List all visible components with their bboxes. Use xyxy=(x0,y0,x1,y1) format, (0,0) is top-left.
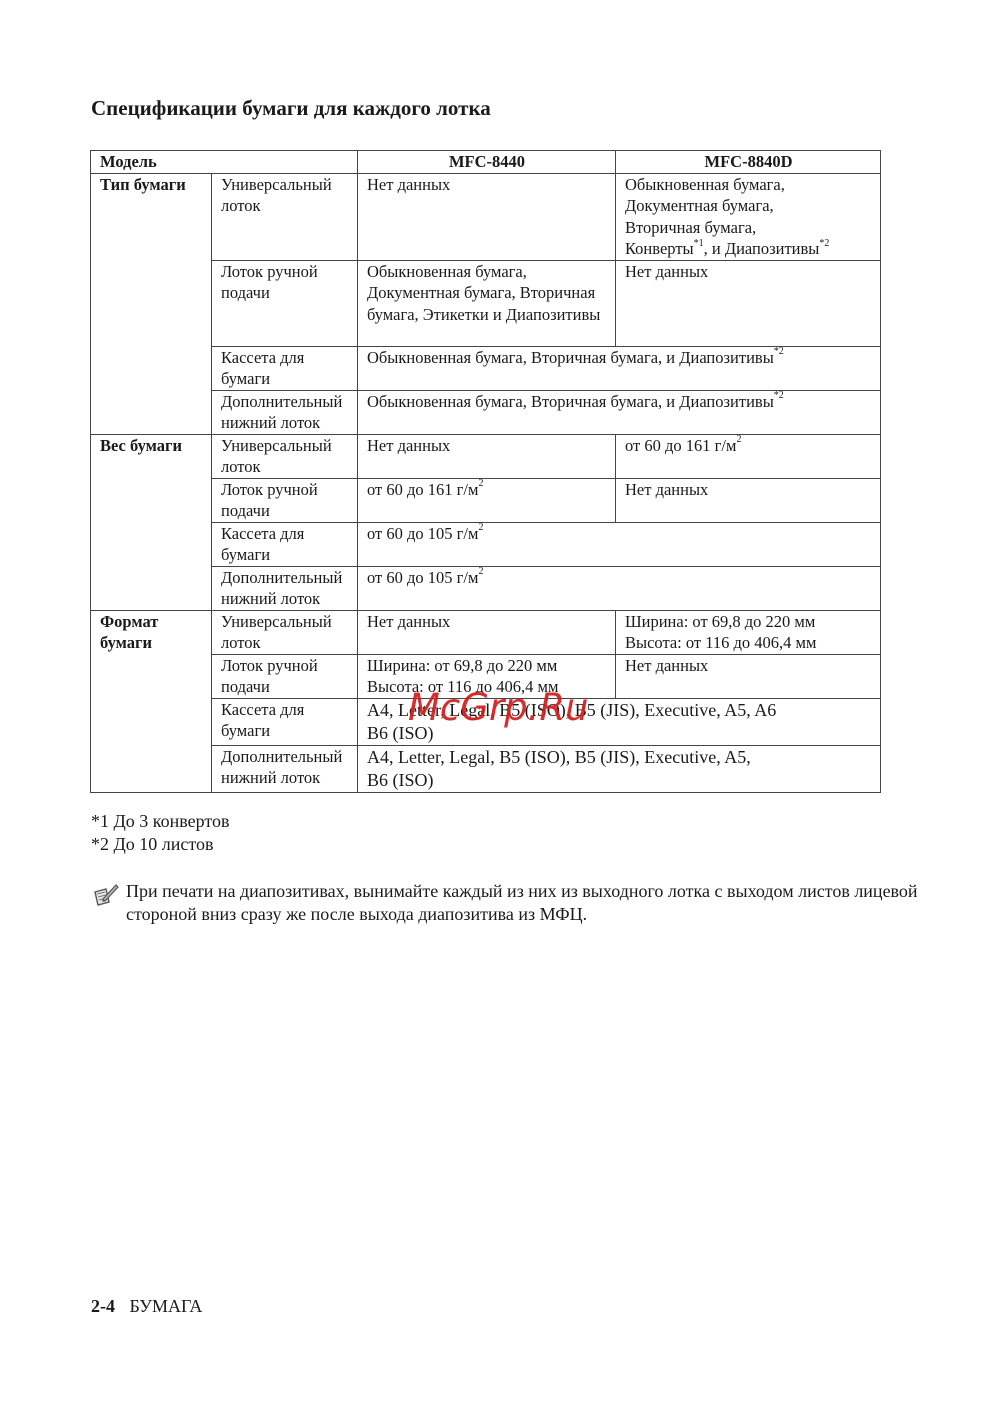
group-label-paper-weight: Вес бумаги xyxy=(91,434,212,610)
tray-label: Универсальный лоток xyxy=(212,173,358,260)
cell-mfc-8840d: Ширина: от 69,8 до 220 мм Высота: от 116… xyxy=(616,610,881,654)
table-row: Тип бумаги Универсальный лоток Нет данны… xyxy=(91,173,881,260)
cell-both-models: A4, Letter, Legal, B5 (ISO), B5 (JIS), E… xyxy=(358,745,881,792)
watermark: McGrp.Ru xyxy=(408,686,589,729)
header-model: Модель xyxy=(91,151,358,174)
cell-mfc-8440: от 60 до 161 г/м2 xyxy=(358,478,616,522)
cell-mfc-8440: Нет данных xyxy=(358,610,616,654)
tray-label: Универсальный лоток xyxy=(212,610,358,654)
footnote-1: *1 До 3 конвертов xyxy=(91,810,230,833)
page-number: 2-4 xyxy=(91,1296,115,1316)
note-pencil-icon xyxy=(92,882,120,908)
tray-label: Дополнительный нижний лоток xyxy=(212,390,358,434)
tray-label: Кассета для бумаги xyxy=(212,522,358,566)
cell-mfc-8440: Нет данных xyxy=(358,173,616,260)
tray-label: Дополнительный нижний лоток xyxy=(212,745,358,792)
cell-both-models: Обыкновенная бумага, Вторичная бумага, и… xyxy=(358,390,881,434)
tray-label: Лоток ручной подачи xyxy=(212,654,358,698)
note-text: При печати на диапозитивах, вынимайте ка… xyxy=(126,880,952,926)
cell-mfc-8440: Обыкновенная бумага, Документная бумага,… xyxy=(358,260,616,346)
section-name: БУМАГА xyxy=(130,1296,203,1316)
note: При печати на диапозитивах, вынимайте ка… xyxy=(92,880,952,926)
group-label-paper-type: Тип бумаги xyxy=(91,173,212,434)
table-row: Формат бумаги Универсальный лоток Нет да… xyxy=(91,610,881,654)
footnote-2: *2 До 10 листов xyxy=(91,833,230,856)
cell-mfc-8840d: Нет данных xyxy=(616,654,881,698)
tray-label: Универсальный лоток xyxy=(212,434,358,478)
tray-label: Дополнительный нижний лоток xyxy=(212,566,358,610)
cell-both-models: от 60 до 105 г/м2 xyxy=(358,522,881,566)
cell-mfc-8440: Нет данных xyxy=(358,434,616,478)
tray-label: Кассета для бумаги xyxy=(212,346,358,390)
page-footer: 2-4 БУМАГА xyxy=(91,1296,202,1317)
footnotes: *1 До 3 конвертов *2 До 10 листов xyxy=(91,810,230,856)
header-mfc-8840d: MFC-8840D xyxy=(616,151,881,174)
cell-mfc-8840d: Нет данных xyxy=(616,478,881,522)
group-label-paper-format: Формат бумаги xyxy=(91,610,212,792)
tray-label: Кассета для бумаги xyxy=(212,698,358,745)
cell-mfc-8840d: от 60 до 161 г/м2 xyxy=(616,434,881,478)
cell-mfc-8840d: Нет данных xyxy=(616,260,881,346)
tray-label: Лоток ручной подачи xyxy=(212,260,358,346)
cell-both-models: от 60 до 105 г/м2 xyxy=(358,566,881,610)
table-row: Вес бумаги Универсальный лоток Нет данны… xyxy=(91,434,881,478)
tray-label: Лоток ручной подачи xyxy=(212,478,358,522)
cell-both-models: Обыкновенная бумага, Вторичная бумага, и… xyxy=(358,346,881,390)
table-header-row: Модель MFC-8440 MFC-8840D xyxy=(91,151,881,174)
header-mfc-8440: MFC-8440 xyxy=(358,151,616,174)
cell-mfc-8840d: Обыкновенная бумага, Документная бумага,… xyxy=(616,173,881,260)
page-title: Спецификации бумаги для каждого лотка xyxy=(91,96,491,121)
